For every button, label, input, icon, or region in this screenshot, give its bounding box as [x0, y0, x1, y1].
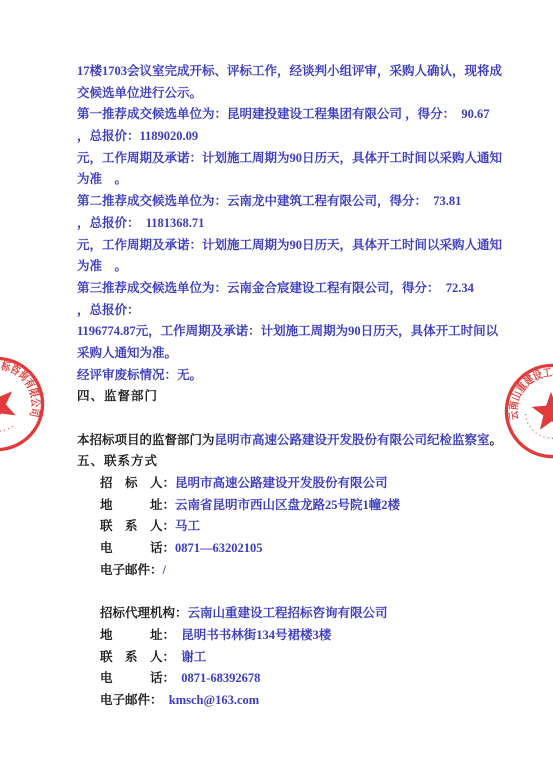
text-line: 联 系 人：马工: [77, 516, 491, 538]
text-segment: 电子邮件：: [100, 563, 163, 577]
seal-serial-marks: •••••••••••: [0, 411, 16, 438]
official-seal-left: 云南山重建设工程招标咨询有限公司 •••••••••••: [0, 338, 63, 469]
text-segment: 地 址：: [100, 498, 175, 512]
text-segment: 电子邮件：: [100, 693, 169, 707]
text-line: 1196774.87元，工作周期及承诺：计划施工周期为90日历天，具体开工时间以: [77, 321, 491, 343]
text-line: 经评审废标情况：无。: [77, 365, 491, 387]
seal-stamp-icon: 云南山重建设工程招标咨询有限公司 •••••••••••: [0, 338, 63, 469]
text-line: 交候选单位进行公示。: [77, 83, 491, 105]
text-segment: 。: [490, 433, 503, 447]
text-line: 17楼1703会议室完成开标、评标工作，经谈判小组评审，采购人确认，现将成: [77, 61, 491, 83]
text-line: 采购人通知为准。: [77, 343, 491, 365]
text-segment: /: [163, 563, 166, 577]
text-segment: ，总报价：1189020.09: [77, 129, 198, 143]
text-line: [77, 582, 491, 604]
section-heading: 五、联系方式: [77, 451, 491, 473]
text-segment: 0871—63202105: [175, 541, 263, 555]
text-segment: 谢工: [181, 650, 206, 664]
text-line: 第一推荐成交候选单位为：昆明建投建设工程集团有限公司 ，得分： 90.67: [77, 104, 491, 126]
text-segment: 为准 。: [77, 172, 127, 186]
text-segment: 电 话：: [100, 671, 181, 685]
text-line: 元，工作周期及承诺：计划施工周期为90日历天，具体开工时间以采购人通知: [77, 235, 491, 257]
text-line: 地 址： 昆明书书林街134号裙楼3楼: [77, 625, 491, 647]
text-line: 招标代理机构：云南山重建设工程招标咨询有限公司: [77, 603, 491, 625]
text-line: 电子邮件：/: [77, 560, 491, 582]
text-line: 为准 。: [77, 169, 491, 191]
text-segment: kmsch@163.com: [169, 693, 259, 707]
text-line: ，总报价：1189020.09: [77, 126, 491, 148]
text-line: 为准 。: [77, 256, 491, 278]
text-segment: 云南省昆明市西山区盘龙路25号院1幢2楼: [175, 498, 400, 512]
text-segment: 经评审废标情况：无。: [77, 368, 202, 382]
text-line: 第三推荐成交候选单位为：云南金合宸建设工程有限公司，得分： 72.34: [77, 278, 491, 300]
text-segment: 电 话：: [100, 541, 175, 555]
text-line: 元，工作周期及承诺：计划施工周期为90日历天，具体开工时间以采购人通知: [77, 148, 491, 170]
seal-company-name: 云南山重建设工程招标咨询有限公司: [502, 354, 553, 444]
text-line: 电 话： 0871-68392678: [77, 668, 491, 690]
seal-star-icon: [0, 378, 22, 429]
text-line: 本招标项目的监督部门为昆明市高速公路建设开发股份有限公司纪检监察室。: [77, 430, 491, 452]
seal-serial-marks: •••••••••••: [516, 412, 553, 444]
document-body: 17楼1703会议室完成开标、评标工作，经谈判小组评审，采购人确认，现将成交候选…: [77, 61, 491, 712]
text-line: 招 标 人：昆明市高速公路建设开发股份有限公司: [77, 473, 491, 495]
text-segment: ，总报价：: [77, 303, 140, 317]
text-segment: 交候选单位进行公示。: [77, 86, 202, 100]
text-segment: 地 址：: [100, 628, 181, 642]
text-segment: 招 标 人：: [100, 476, 175, 490]
text-segment: 昆明书书林街134号裙楼3楼: [181, 628, 331, 642]
text-line: 地 址：云南省昆明市西山区盘龙路25号院1幢2楼: [77, 495, 491, 517]
text-segment: 采购人通知为准。: [77, 346, 177, 360]
text-segment: 第三推荐成交候选单位为：云南金合宸建设工程有限公司，得分： 72.34: [77, 281, 474, 295]
svg-text:•••••••••••: •••••••••••: [516, 412, 553, 444]
text-segment: 本招标项目的监督部门为: [77, 433, 215, 447]
section-heading: 四、监督部门: [77, 386, 491, 408]
svg-text:云南山重建设工程招标咨询有限公司: 云南山重建设工程招标咨询有限公司: [0, 352, 46, 432]
text-segment: 为准 。: [77, 259, 127, 273]
text-segment: 四、监督部门: [77, 389, 158, 403]
text-segment: 招标代理机构：: [100, 606, 188, 620]
text-segment: 元，工作周期及承诺：计划施工周期为90日历天，具体开工时间以采购人通知: [77, 238, 502, 252]
text-line: [77, 408, 491, 430]
text-line: 联 系 人： 谢工: [77, 647, 491, 669]
text-segment: 昆明市高速公路建设开发股份有限公司: [175, 476, 388, 490]
svg-text:云南山重建设工程招标咨询有限公司: 云南山重建设工程招标咨询有限公司: [502, 354, 553, 444]
text-segment: 0871-68392678: [181, 671, 260, 685]
official-seal-right: 云南山重建设工程招标咨询有限公司 •••••••••••: [480, 339, 553, 482]
text-line: 电 话：0871—63202105: [77, 538, 491, 560]
text-line: 第二推荐成交候选单位为：云南龙中建筑工程有限公司，得分： 73.81: [77, 191, 491, 213]
text-segment: 第二推荐成交候选单位为：云南龙中建筑工程有限公司，得分： 73.81: [77, 194, 461, 208]
text-segment: 云南山重建设工程招标咨询有限公司: [188, 606, 388, 620]
text-segment: 五、联系方式: [77, 454, 158, 468]
text-segment: 联 系 人：: [100, 650, 181, 664]
text-segment: 马工: [175, 519, 200, 533]
seal-stamp-icon: 云南山重建设工程招标咨询有限公司 •••••••••••: [480, 339, 553, 482]
text-segment: 元，工作周期及承诺：计划施工周期为90日历天，具体开工时间以采购人通知: [77, 151, 502, 165]
svg-text:•••••••••••: •••••••••••: [0, 411, 16, 438]
seal-company-name: 云南山重建设工程招标咨询有限公司: [0, 352, 46, 432]
text-segment: 17楼1703会议室完成开标、评标工作，经谈判小组评审，采购人确认，现将成: [77, 64, 502, 78]
text-line: ，总报价： 1181368.71: [77, 213, 491, 235]
text-line: ，总报价：: [77, 300, 491, 322]
text-line: 电子邮件： kmsch@163.com: [77, 690, 491, 712]
text-segment: ，总报价： 1181368.71: [77, 216, 204, 230]
page: { "palette": { "text_blue": "#3b3bc4", "…: [0, 0, 553, 782]
text-segment: 联 系 人：: [100, 519, 175, 533]
text-segment: 昆明市高速公路建设开发股份有限公司纪检监察室: [215, 433, 490, 447]
text-segment: 1196774.87元，工作周期及承诺：计划施工周期为90日历天，具体开工时间以: [77, 324, 498, 338]
seal-star-icon: [531, 391, 553, 430]
text-segment: 第一推荐成交候选单位为：昆明建投建设工程集团有限公司 ，得分： 90.67: [77, 107, 490, 121]
